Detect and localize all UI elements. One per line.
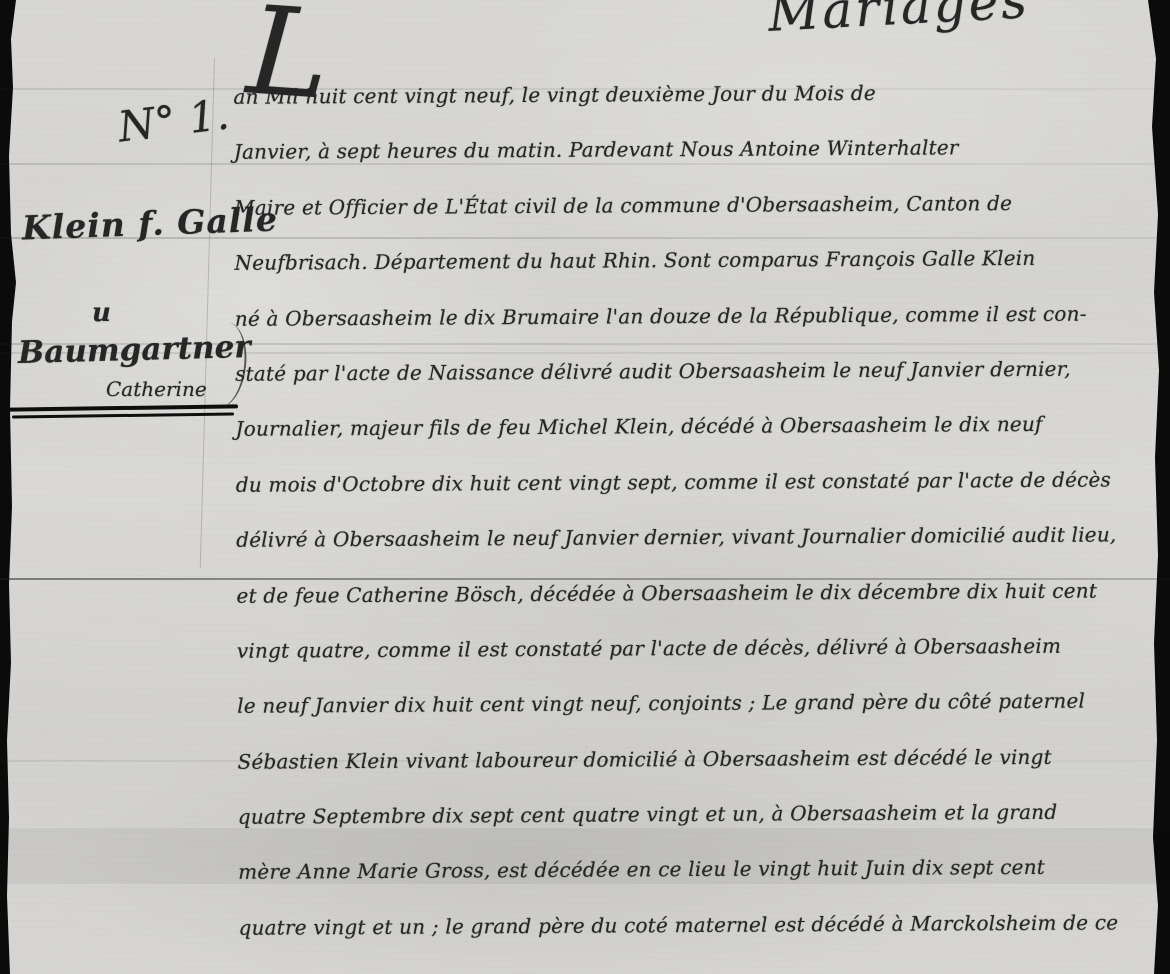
act-number: N° 1. [115,89,231,151]
margin-connector: u [92,298,111,328]
act-text-line: Janvier, à sept heures du matin. Pardeva… [234,120,1150,181]
act-text-line: et de feue Catherine Bösch, décédée à Ob… [236,563,1152,624]
margin-underline [12,412,234,418]
act-text-line: staté par l'acte de Naissance délivré au… [235,341,1151,402]
act-text-line: Sébastien Klein vivant laboureur domicil… [237,729,1153,790]
act-text-line: quatre vingt et un ; le grand père du co… [238,895,1154,956]
act-text-line: Maire et Officier de L'État civil de la … [234,175,1150,236]
act-text-line: quatre Septembre dix sept cent quatre vi… [238,784,1154,845]
act-text-line: Neufbrisach. Département du haut Rhin. S… [234,230,1150,291]
page-header-inscription: Mariages [767,0,1032,43]
act-number-value: 1. [186,89,232,143]
act-text: an Mil huit cent vingt neuf, le vingt de… [233,64,1154,956]
scanned-register-page: Mariages N° 1. Klein f. Galle u Baumgart… [0,0,1170,974]
act-text-line: du mois d'Octobre dix huit cent vingt se… [236,452,1152,513]
act-text-line: an Mil huit cent vingt neuf, le vingt de… [233,64,1149,125]
act-text-line: délivré à Obersaasheim le neuf Janvier d… [236,507,1152,568]
margin-bride-firstname: Catherine [106,377,207,401]
act-text-line: mère Anne Marie Gross, est décédée en ce… [238,840,1154,901]
act-text-line: vingt quatre, comme il est constaté par … [237,618,1153,679]
act-number-label: N° [115,96,178,152]
scan-edge-left [0,0,20,974]
act-text-line: né à Obersaasheim le dix Brumaire l'an d… [235,286,1151,347]
act-text-line: Journalier, majeur fils de feu Michel Kl… [235,397,1151,458]
act-text-line: le neuf Janvier dix huit cent vingt neuf… [237,673,1153,734]
